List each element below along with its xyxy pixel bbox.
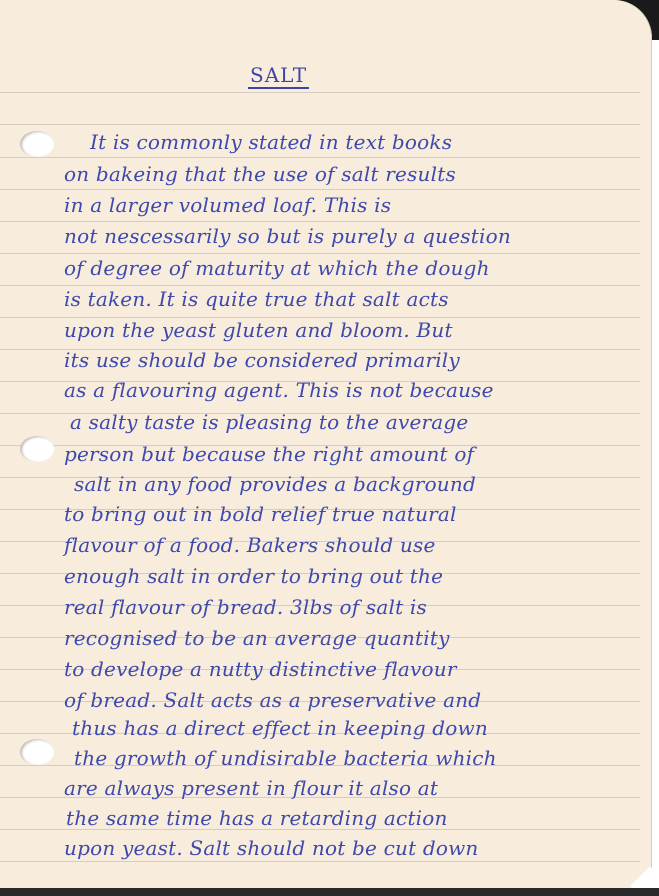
notebook-page: SALT It is commonly stated in text books… [0, 0, 652, 888]
text-line: to bring out in bold relief true natural [64, 502, 644, 526]
text-line: upon the yeast gluten and bloom. But [64, 318, 644, 342]
text-line: salt in any food provides a background [74, 472, 652, 496]
text-line: in a larger volumed loaf. This is [64, 193, 644, 217]
text-line: real flavour of bread. 3lbs of salt is [64, 595, 644, 619]
text-line: enough salt in order to bring out the [64, 564, 644, 588]
text-line: thus has a direct effect in keeping down [72, 716, 652, 740]
scan-border [0, 888, 659, 896]
text-line: It is commonly stated in text books [90, 130, 652, 154]
text-line: a salty taste is pleasing to the average [70, 410, 650, 434]
text-line: upon yeast. Salt should not be cut down [64, 836, 644, 860]
text-line: the growth of undisirable bacteria which [74, 746, 652, 770]
handwritten-text: It is commonly stated in text books on b… [0, 0, 652, 888]
page-edge [652, 40, 659, 896]
text-line: not nescessarily so but is purely a ques… [64, 224, 644, 248]
text-line: on bakeing that the use of salt results [64, 162, 644, 186]
text-line: as a flavouring agent. This is not becau… [64, 378, 644, 402]
text-line: of degree of maturity at which the dough [64, 256, 644, 280]
text-line: flavour of a food. Bakers should use [64, 533, 644, 557]
text-line: are always present in flour it also at [64, 776, 644, 800]
text-line: recognised to be an average quantity [64, 626, 644, 650]
text-line: person but because the right amount of [64, 442, 644, 466]
text-line: to develope a nutty distinctive flavour [64, 657, 644, 681]
text-line: is taken. It is quite true that salt act… [64, 287, 644, 311]
text-line: its use should be considered primarily [64, 348, 644, 372]
text-line: the same time has a retarding action [66, 806, 646, 830]
text-line: of bread. Salt acts as a preservative an… [64, 688, 644, 712]
